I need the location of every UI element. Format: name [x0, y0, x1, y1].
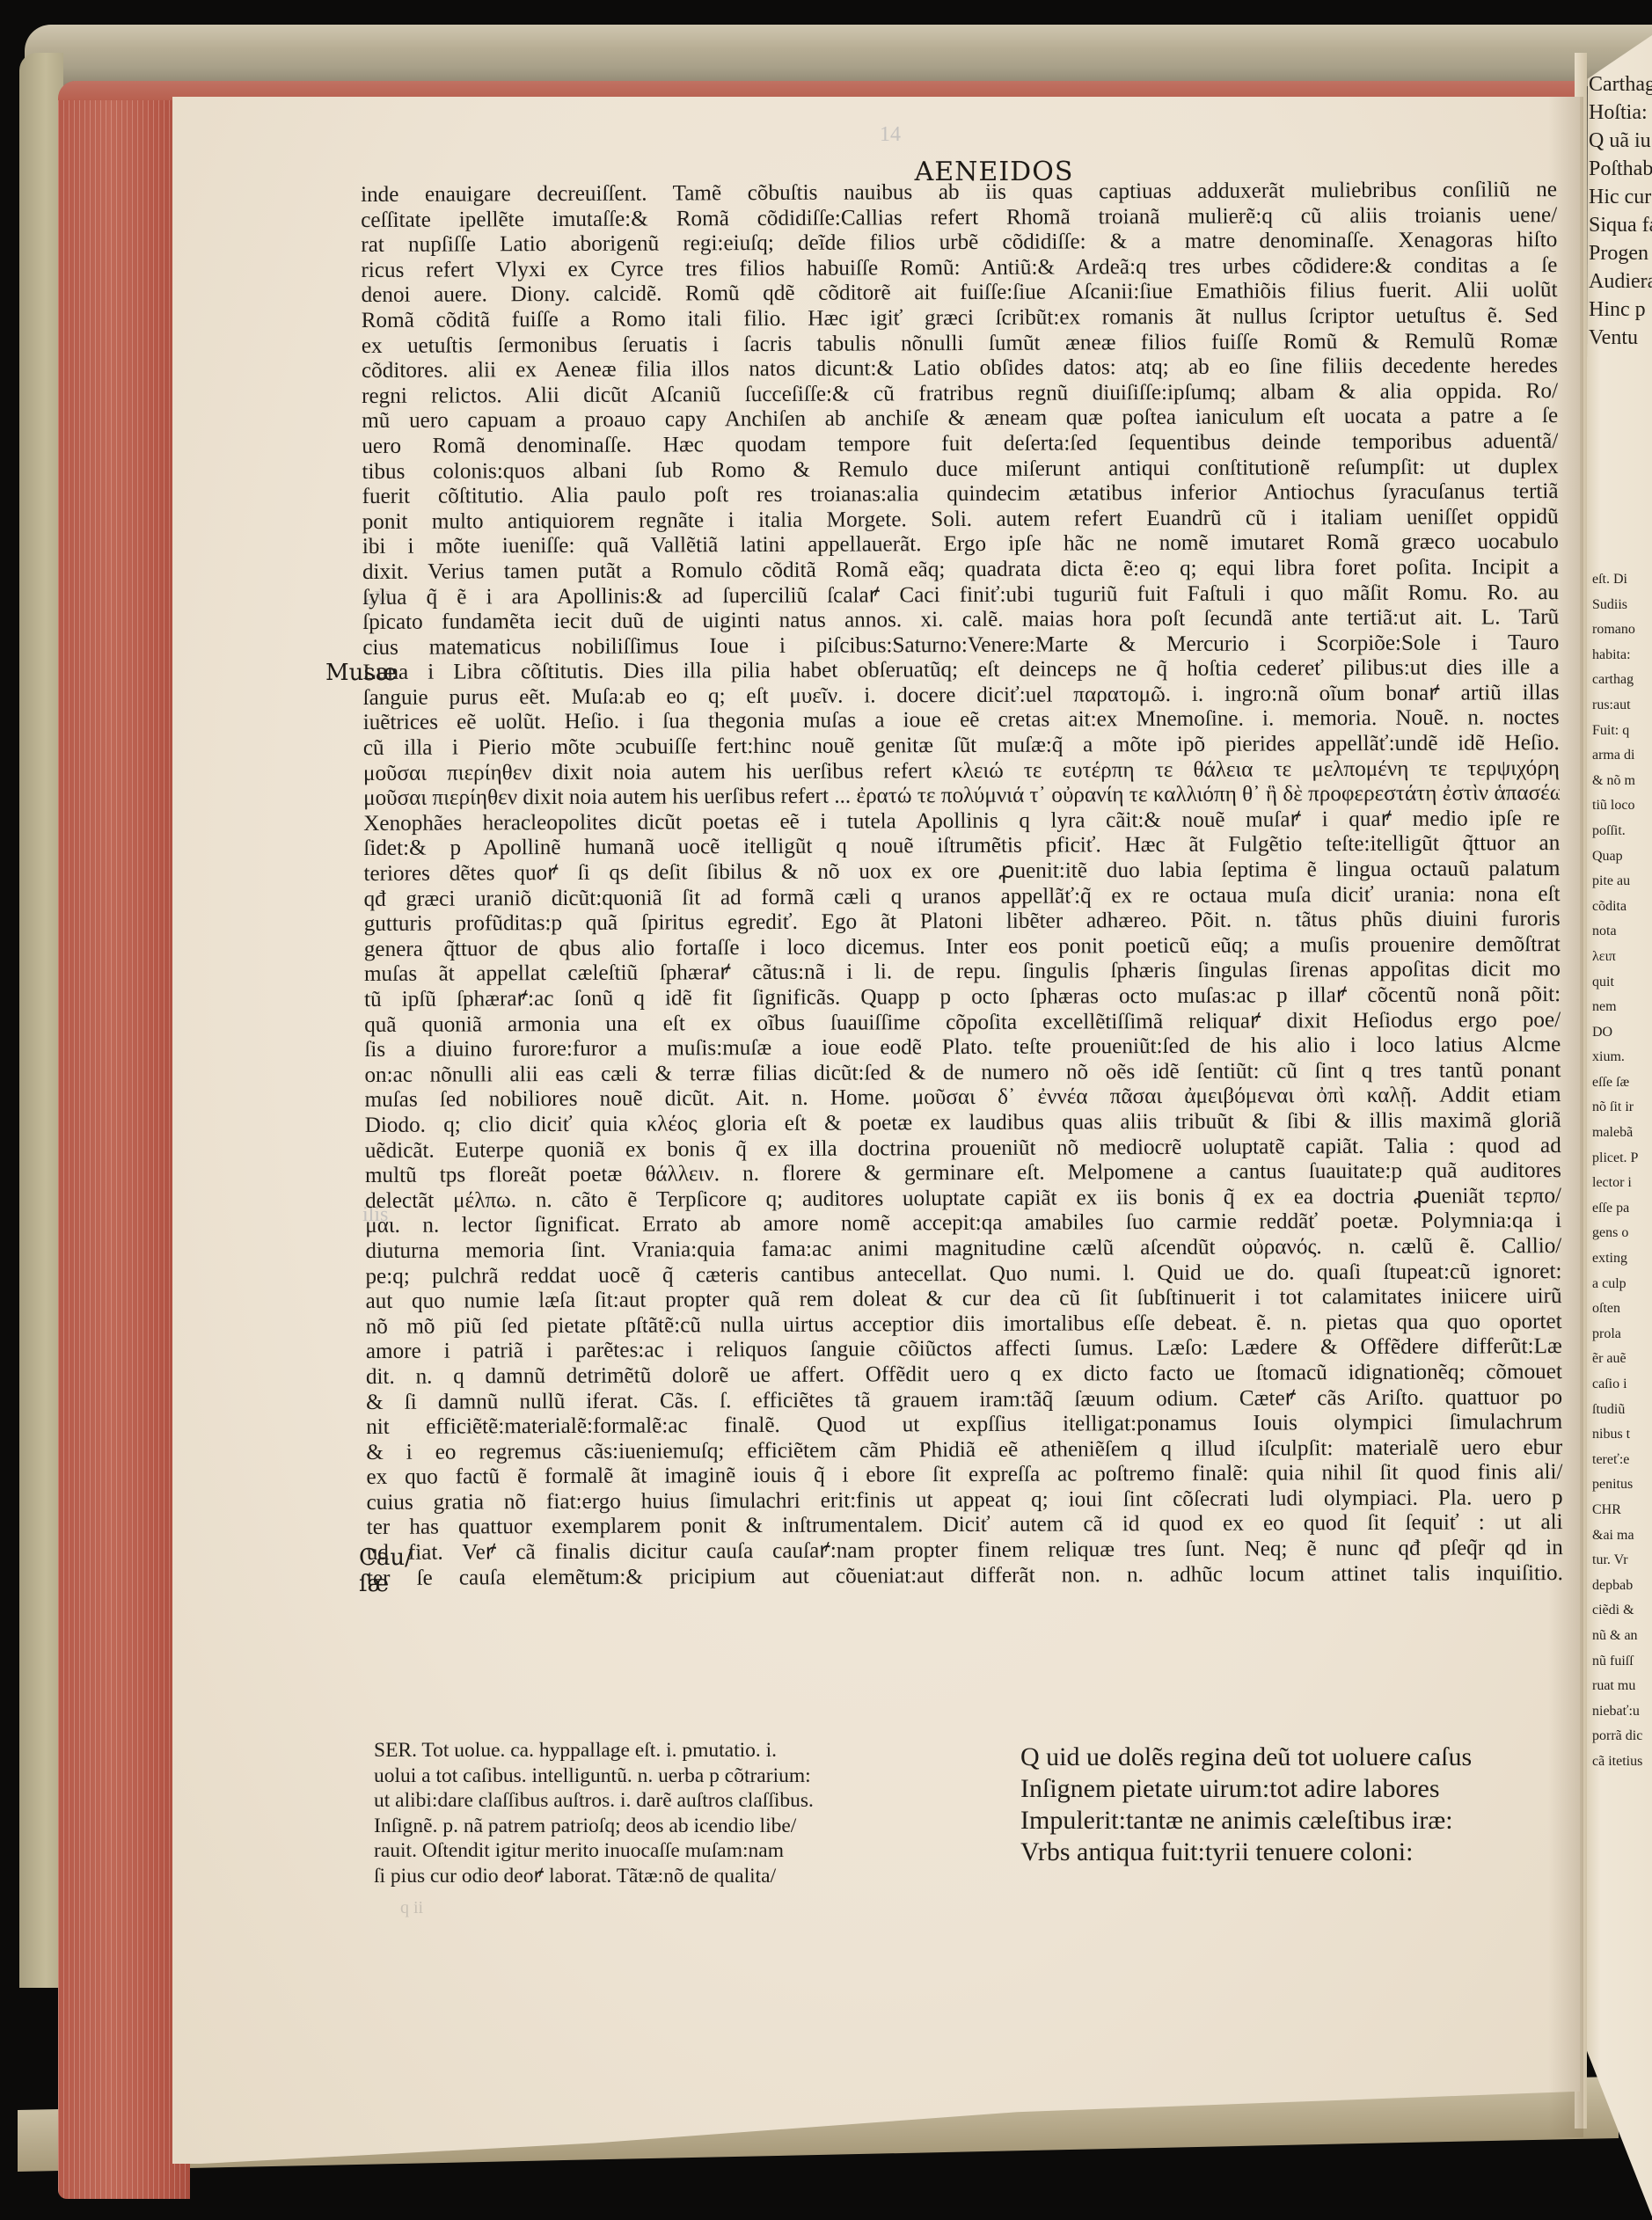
servius-line: Inſignẽ. p. nã patrem patrioſq; deos ab … [374, 1814, 1016, 1839]
commentary-fragment: oſten [1592, 1296, 1652, 1322]
verse-fragment: Carthag [1589, 70, 1652, 99]
commentary-fragment: &ai ma [1592, 1523, 1652, 1549]
facing-page-verse: Carthag Hoſtia: Q uã iu Poſthab Hic cur … [1589, 70, 1652, 352]
servius-line: ut alibi:dare claſſibus auſtros. i. darẽ… [374, 1788, 1016, 1814]
commentary-fragment: ẽr auẽ [1592, 1347, 1652, 1372]
verse-fragment: Siqua fa [1589, 211, 1652, 239]
commentary-fragment: cã itetius [1592, 1749, 1652, 1775]
verse-fragment: Hinc p [1589, 296, 1652, 324]
commentary-fragment: malebã [1592, 1121, 1652, 1146]
verse-line: Vrbs antiqua fuit:tyrii tenuere coloni: [1020, 1837, 1566, 1868]
commentary-fragment: tur. Vr [1592, 1548, 1652, 1574]
commentary-fragment: arma di [1592, 743, 1652, 769]
commentary-fragment: depbab [1592, 1574, 1652, 1599]
commentary-fragment: nota [1592, 919, 1652, 945]
commentary-fragment: & nõ m [1592, 769, 1652, 794]
commentary-block: inde enauigare decreuiſſent. Tamẽ cõbuſt… [361, 178, 1563, 1591]
red-fore-edge [58, 81, 190, 2199]
commentary-fragment: quit [1592, 970, 1652, 996]
commentary-fragment: a culp [1592, 1272, 1652, 1297]
commentary-fragment: nibus t [1592, 1422, 1652, 1448]
commentary-fragment: ruat mu [1592, 1674, 1652, 1699]
verse-line: Inſignem pietate uirum:tot adire labores [1020, 1773, 1566, 1805]
verse-line: Impulerit:tantæ ne animis cæleſtibus iræ… [1020, 1805, 1566, 1837]
commentary-fragment: xium. [1592, 1045, 1652, 1070]
servius-line: ſi pius cur odio deoꝵ laborat. Tãtæ:nõ d… [374, 1864, 1016, 1889]
signature-mark: q ii [400, 1898, 423, 1918]
commentary-line: ter ſe cauſa elemẽtum:& pricipium aut cõ… [367, 1561, 1563, 1592]
commentary-fragment: cõdita [1592, 895, 1652, 920]
commentary-fragment: eſſe pa [1592, 1196, 1652, 1222]
commentary-fragment: penitus [1592, 1472, 1652, 1498]
commentary-fragment: ciẽdi & [1592, 1598, 1652, 1624]
commentary-fragment: carthag [1592, 668, 1652, 693]
commentary-fragment: lector i [1592, 1171, 1652, 1196]
facing-page-commentary: eſt. Di Sudiis romano habita: carthag ru… [1592, 567, 1652, 1775]
commentary-fragment: nõ ſit ir [1592, 1095, 1652, 1121]
verse-fragment: Poſthab [1589, 155, 1652, 183]
commentary-fragment: tiũ loco [1592, 793, 1652, 819]
book-photograph: AENEIDOS 14 aV ilis Musæ Cau/ ſæ inde en… [0, 0, 1652, 2220]
servius-line: rauit. Oſtendit igitur merito inuocaſſe … [374, 1838, 1016, 1864]
commentary-fragment: rus:aut [1592, 693, 1652, 719]
commentary-fragment: pite au [1592, 869, 1652, 895]
commentary-fragment: Sudiis [1592, 593, 1652, 618]
vellum-binding-top [25, 25, 1652, 86]
commentary-fragment: DO [1592, 1020, 1652, 1046]
vellum-binding-left [19, 53, 63, 1988]
commentary-fragment: romano [1592, 617, 1652, 643]
commentary-fragment: Fuit: q [1592, 719, 1652, 744]
commentary-fragment: Quap [1592, 844, 1652, 870]
verse-fragment: Hic cur [1589, 183, 1652, 211]
commentary-fragment: plicet. P [1592, 1146, 1652, 1172]
commentary-fragment: CHR [1592, 1498, 1652, 1523]
commentary-fragment: porrã dic [1592, 1724, 1652, 1749]
commentary-fragment: gens o [1592, 1221, 1652, 1246]
servius-line: SER. Tot uolue. ca. hyppallage eſt. i. p… [374, 1738, 1016, 1764]
commentary-fragment: nũ & an [1592, 1624, 1652, 1649]
verse-fragment: Audiera [1589, 267, 1652, 296]
commentary-fragment: eſt. Di [1592, 567, 1652, 593]
commentary-fragment: prola [1592, 1322, 1652, 1347]
commentary-fragment: tereť:e [1592, 1448, 1652, 1473]
commentary-fragment: nũ fuiſſ [1592, 1649, 1652, 1675]
commentary-fragment: habita: [1592, 643, 1652, 668]
commentary-fragment: ſtudiũ [1592, 1398, 1652, 1423]
verse-fragment: Progen [1589, 239, 1652, 267]
commentary-fragment: niebať:u [1592, 1699, 1652, 1725]
verse-fragment: Ventu [1589, 324, 1652, 352]
verse-fragment: Q uã iu [1589, 127, 1652, 155]
commentary-fragment: nem [1592, 995, 1652, 1020]
servius-commentary: SER. Tot uolue. ca. hyppallage eſt. i. p… [374, 1738, 1016, 1889]
commentary-fragment: λειπ [1592, 945, 1652, 970]
commentary-fragment: poſſit. [1592, 819, 1652, 844]
show-through-mark: 14 [880, 123, 901, 147]
commentary-fragment: caſio i [1592, 1372, 1652, 1398]
commentary-fragment: exting [1592, 1246, 1652, 1272]
verse-fragment: Hoſtia: [1589, 99, 1652, 127]
commentary-fragment: eſſe ſæ [1592, 1070, 1652, 1096]
verse-line: Q uid ue dolẽs regina deũ tot uoluere ca… [1020, 1742, 1566, 1773]
virgil-verse: Q uid ue dolẽs regina deũ tot uoluere ca… [1020, 1742, 1566, 1868]
servius-line: uolui a tot caſibus. intelliguntũ. n. ue… [374, 1764, 1016, 1789]
